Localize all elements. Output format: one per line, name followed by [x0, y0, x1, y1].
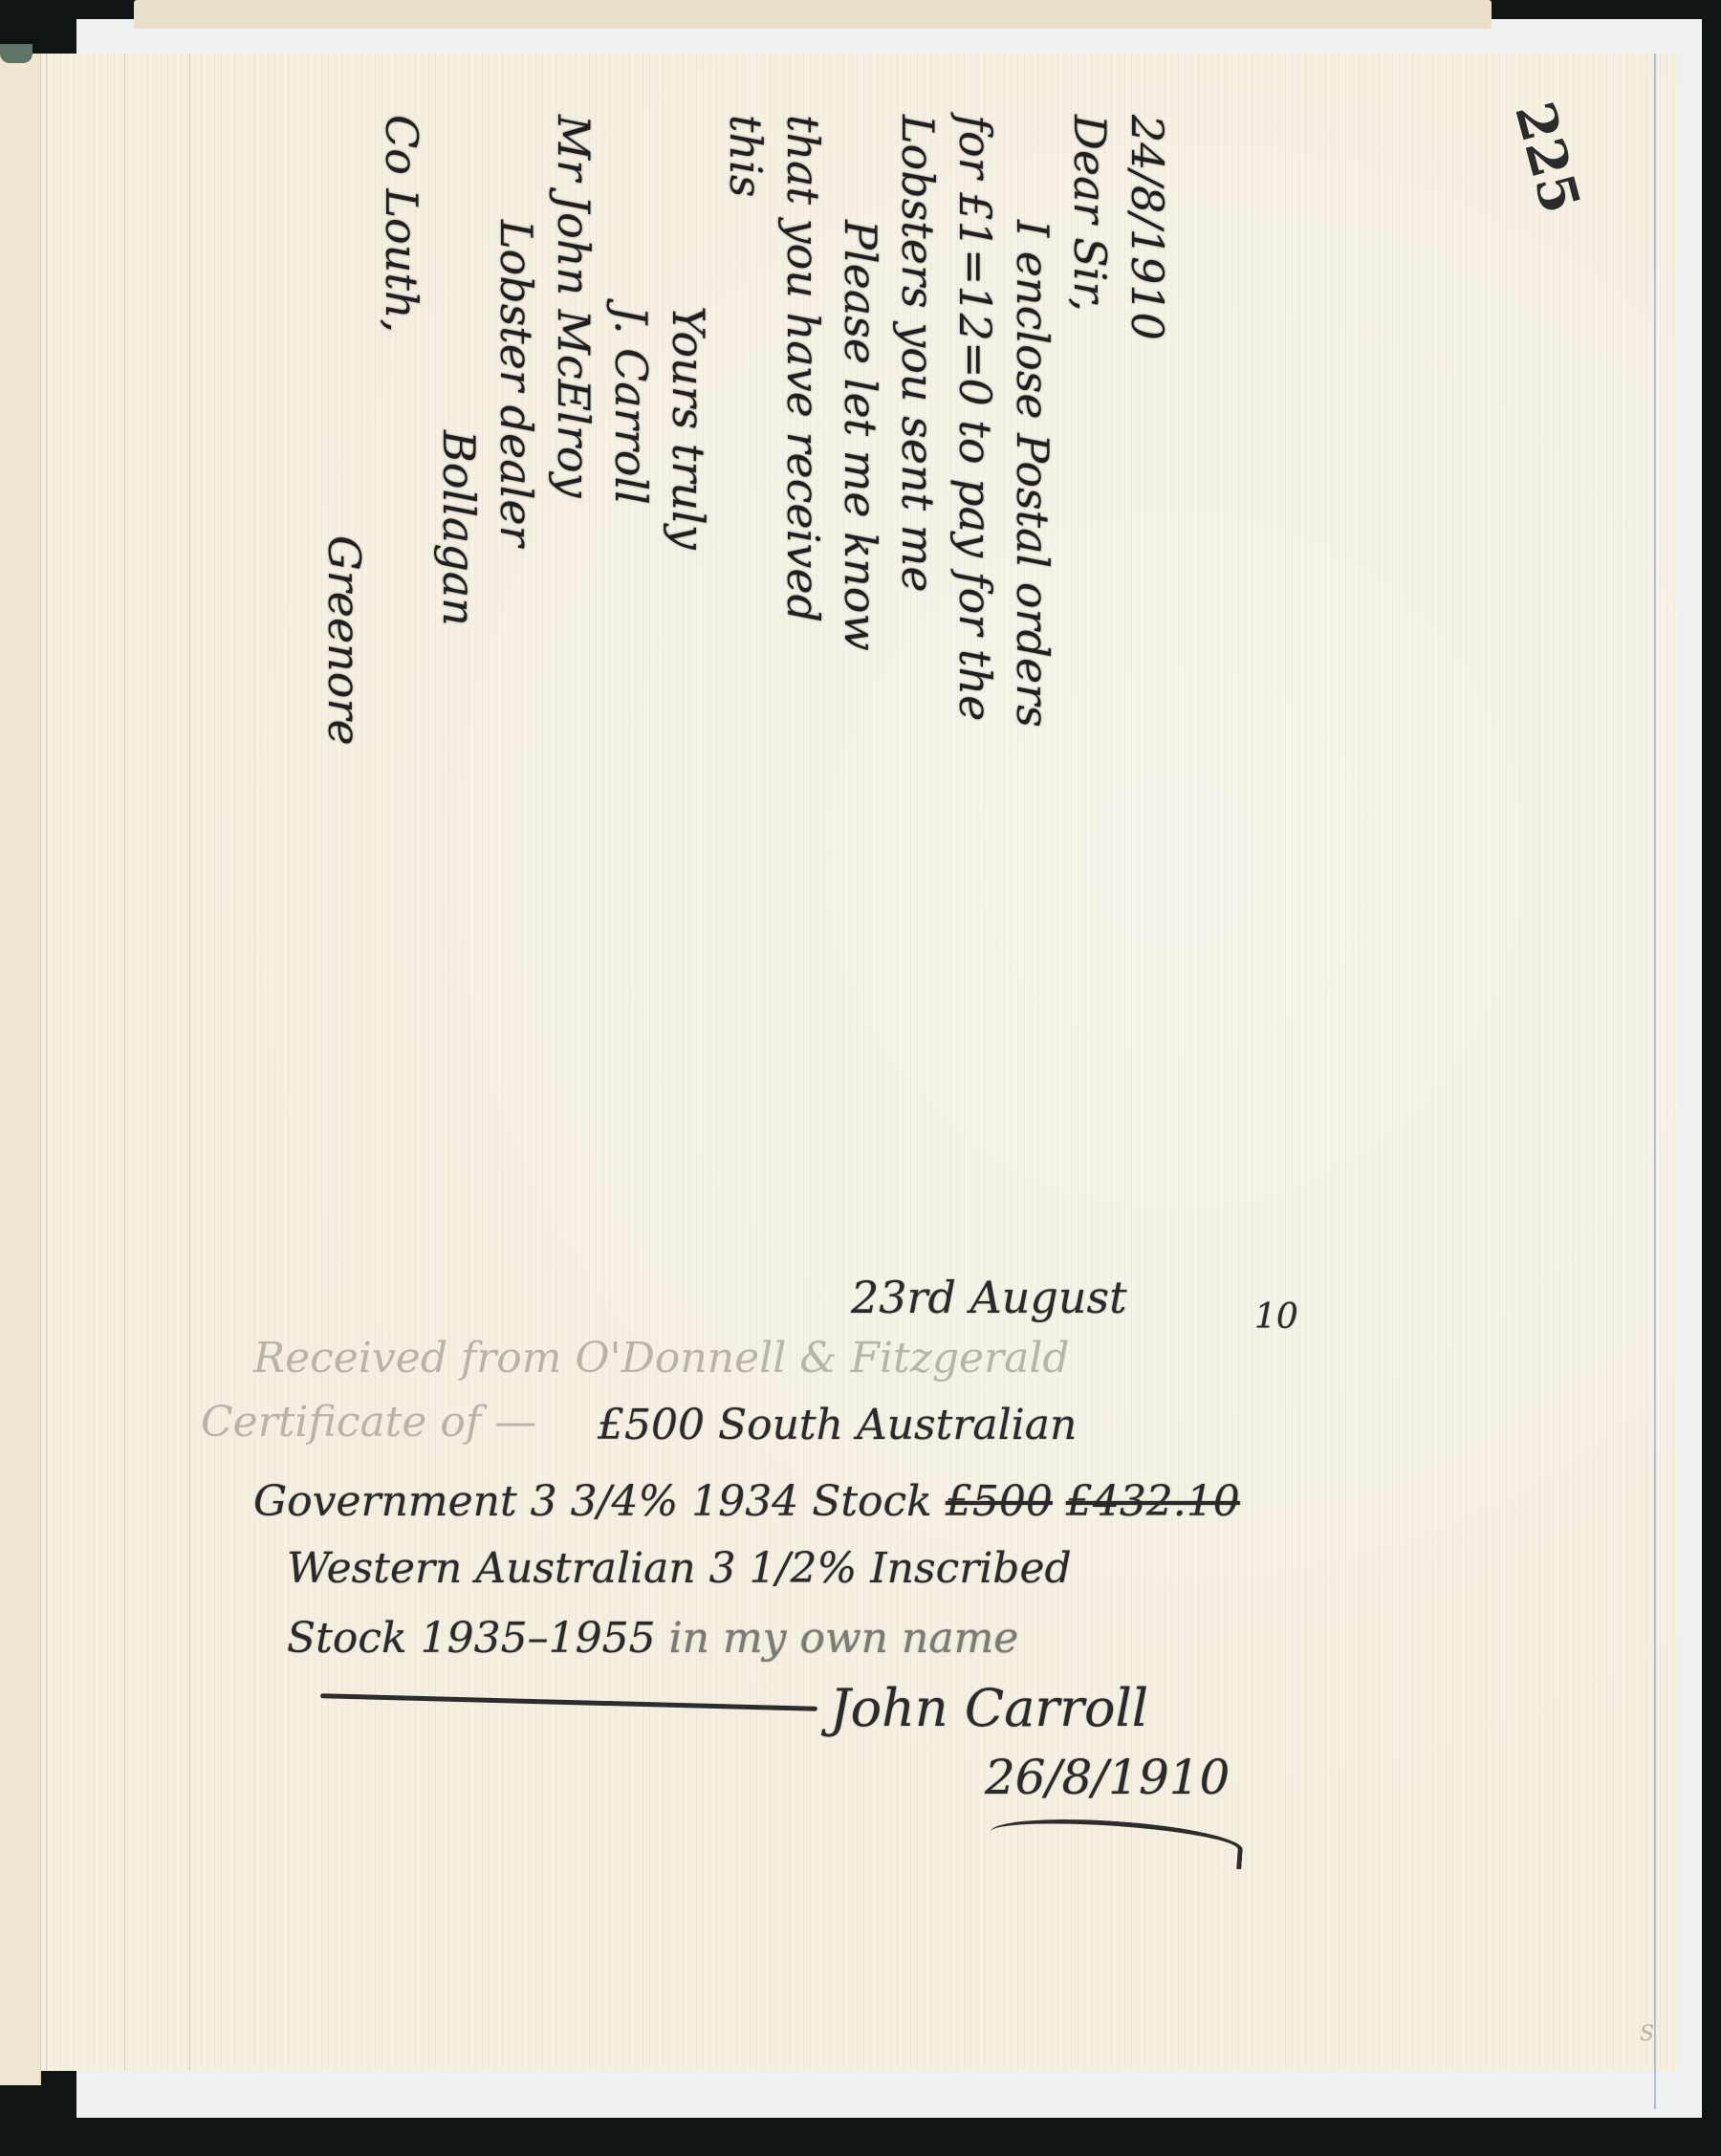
letter-county: Co Louth, — [373, 115, 430, 746]
rotated-letter: 24/8/1910 Dear Sir, I enclose Postal ord… — [316, 115, 1176, 746]
page-fold — [189, 54, 190, 2071]
letter-line: Please let me know — [832, 115, 889, 746]
page-fold — [46, 54, 47, 2071]
letter-line: that you have received — [774, 115, 832, 746]
page-fold — [124, 54, 125, 2071]
rear-page-edge — [134, 0, 1492, 29]
letter-salutation: Dear Sir, — [1061, 115, 1119, 746]
letter-closing: Yours truly — [660, 115, 717, 746]
letter-date: 24/8/1910 — [1119, 115, 1176, 746]
letter-addressee-place: Bollagan — [430, 115, 488, 746]
letter-line: I enclose Postal orders — [1004, 115, 1061, 746]
letter-line: for £1=12=0 to pay for the — [947, 115, 1004, 746]
letter-addressee-name: Mr John McElroy — [545, 115, 602, 746]
letter-town: Greenore — [316, 115, 373, 746]
letter-addressee-trade: Lobster dealer — [488, 115, 545, 746]
binding-strip — [0, 54, 41, 2085]
letter-line: this — [717, 115, 774, 746]
page-edge — [1654, 54, 1656, 2109]
letter-signature: J. Carroll — [602, 115, 660, 746]
margin-mark: S — [1640, 2022, 1654, 2046]
binding-tab — [0, 44, 33, 63]
letter-line: Lobsters you sent me — [889, 115, 947, 746]
